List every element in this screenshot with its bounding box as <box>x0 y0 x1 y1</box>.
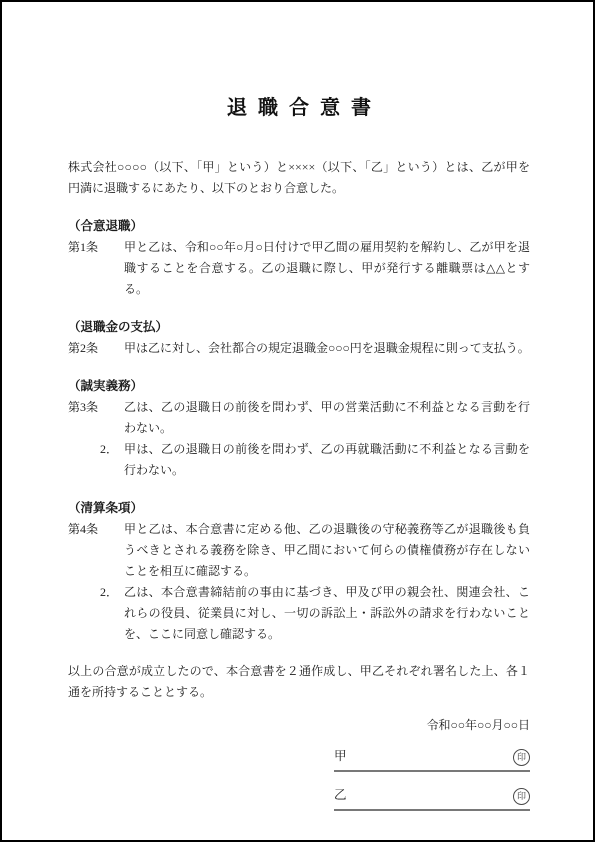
article-4-subclause-2: 2． 乙は、本合意書締結前の事由に基づき、甲及び甲の親会社、関連会社、これらの役… <box>100 582 530 645</box>
article-4: 第4条 甲と乙は、本合意書に定める他、乙の退職後の守秘義務等乙が退職後も負うべき… <box>68 519 530 582</box>
article-label: 第4条 <box>68 519 124 582</box>
signature-row-kou: 甲 印 <box>334 750 530 772</box>
document-content: 退職合意書 株式会社○○○○（以下、「甲」という）と××××（以下、「乙」という… <box>2 2 593 811</box>
section-heading: （誠実義務） <box>68 376 530 397</box>
section-heading: （清算条項） <box>68 498 530 519</box>
signature-block: 甲 印 乙 印 <box>68 750 530 811</box>
seal-stamp-icon: 印 <box>513 788 530 805</box>
subclause-text: 乙は、本合意書締結前の事由に基づき、甲及び甲の親会社、関連会社、これらの役員、従… <box>124 582 530 645</box>
party-otsu-label: 乙 <box>334 785 347 806</box>
signature-row-otsu: 乙 印 <box>334 789 530 811</box>
article-text: 甲と乙は、本合意書に定める他、乙の退職後の守秘義務等乙が退職後も負うべきとされる… <box>124 519 530 582</box>
section-severance-payment: （退職金の支払） 第2条 甲は乙に対し、会社都合の規定退職金○○○円を退職金規程… <box>68 317 530 359</box>
section-good-faith-obligation: （誠実義務） 第3条 乙は、乙の退職日の前後を問わず、甲の営業活動に不利益となる… <box>68 376 530 481</box>
article-label: 第2条 <box>68 338 124 359</box>
article-label: 第1条 <box>68 237 124 300</box>
subclause-text: 甲は、乙の退職日の前後を問わず、乙の再就職活動に不利益となる言動を行わない。 <box>124 439 530 481</box>
article-text: 甲は乙に対し、会社都合の規定退職金○○○円を退職金規程に則って支払う。 <box>124 338 530 359</box>
section-heading: （合意退職） <box>68 216 530 237</box>
article-2: 第2条 甲は乙に対し、会社都合の規定退職金○○○円を退職金規程に則って支払う。 <box>68 338 530 359</box>
article-3: 第3条 乙は、乙の退職日の前後を問わず、甲の営業活動に不利益となる言動を行わない… <box>68 397 530 439</box>
section-settlement-clause: （清算条項） 第4条 甲と乙は、本合意書に定める他、乙の退職後の守秘義務等乙が退… <box>68 498 530 645</box>
subclause-number: 2． <box>100 439 124 481</box>
section-agreed-resignation: （合意退職） 第1条 甲と乙は、令和○○年○月○日付けで甲乙間の雇用契約を解約し… <box>68 216 530 300</box>
subclause-number: 2． <box>100 582 124 645</box>
document-title: 退職合意書 <box>68 98 530 119</box>
article-text: 乙は、乙の退職日の前後を問わず、甲の営業活動に不利益となる言動を行わない。 <box>124 397 530 439</box>
article-label: 第3条 <box>68 397 124 439</box>
article-3-subclause-2: 2． 甲は、乙の退職日の前後を問わず、乙の再就職活動に不利益となる言動を行わない… <box>100 439 530 481</box>
closing-paragraph: 以上の合意が成立したので、本合意書を２通作成し、甲乙それぞれ署名した上、各１通を… <box>68 661 530 703</box>
date-line: 令和○○年○○月○○日 <box>68 715 530 736</box>
document-page: 退職合意書 株式会社○○○○（以下、「甲」という）と××××（以下、「乙」という… <box>0 0 595 842</box>
article-text: 甲と乙は、令和○○年○月○日付けで甲乙間の雇用契約を解約し、乙が甲を退職すること… <box>124 237 530 300</box>
article-1: 第1条 甲と乙は、令和○○年○月○日付けで甲乙間の雇用契約を解約し、乙が甲を退職… <box>68 237 530 300</box>
party-kou-label: 甲 <box>334 746 347 767</box>
intro-paragraph: 株式会社○○○○（以下、「甲」という）と××××（以下、「乙」という）とは、乙が… <box>68 157 530 199</box>
seal-stamp-icon: 印 <box>513 749 530 766</box>
section-heading: （退職金の支払） <box>68 317 530 338</box>
